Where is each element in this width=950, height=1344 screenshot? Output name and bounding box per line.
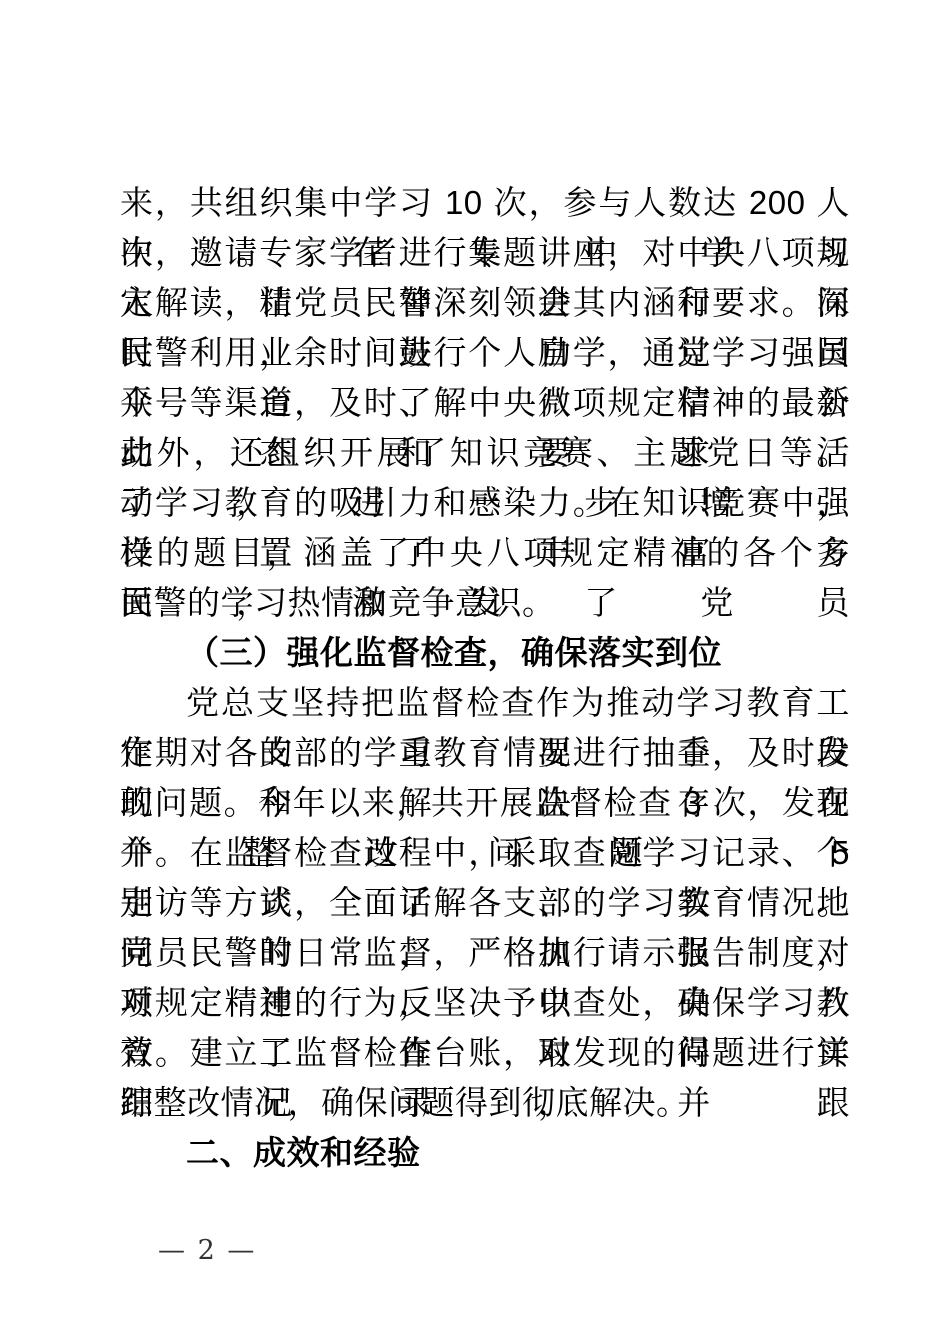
text-line: 项规定精神的行为，坚决予以查处，确保学习教育工作取得实 [120, 978, 850, 1028]
text-line: 效。建立了监督检查台账，对发现的问题进行详细记录，并跟 [120, 1028, 850, 1078]
text-line: 党员民警的日常监督，严格执行请示报告制度，对违反中央八 [120, 928, 850, 978]
text-line: 此外，还组织开展了知识竞赛、主题党日等活动，进一步增强 [120, 428, 850, 478]
paragraph-section-3: 党总支坚持把监督检查作为推动学习教育工作的重要手段 定期对各支部的学习教育情况进… [120, 678, 850, 1128]
text-line: 党总支坚持把监督检查作为推动学习教育工作的重要手段 [120, 678, 850, 728]
text-line: 民警利用业余时间进行个人自学，通过学习强国平台、微信公 [120, 328, 850, 378]
text-line: 的问题。今年以来，共开展监督检查 3 次，发现并整改问题 5 [120, 778, 850, 828]
document-body: 来，共组织集中学习 10 次，参与人数达 200 人次。在集中学习 中，邀请专家… [120, 178, 850, 1178]
text-line: 中，邀请专家学者进行专题讲座，对中央八项规定精神进行深 [120, 228, 850, 278]
text-line: 了学习教育的吸引力和感染力。在知识竞赛中，设置了丰富多 [120, 478, 850, 528]
text-line: 来，共组织集中学习 10 次，参与人数达 200 人次。在集中学习 [120, 178, 850, 228]
section-heading-3: （三）强化监督检查，确保落实到位 [120, 628, 850, 678]
paragraph-continuation: 来，共组织集中学习 10 次，参与人数达 200 人次。在集中学习 中，邀请专家… [120, 178, 850, 628]
text-line: 个。在监督检查过程中，采取查阅学习记录、个别谈话、实地 [120, 828, 850, 878]
text-line: 入解读，让党员民警深刻领会其内涵和要求。同时，鼓励党员 [120, 278, 850, 328]
text-line: 样的题目，涵盖了中央八项规定精神的各个方面，激发了党员 [120, 528, 850, 578]
page-number: — 2 — [158, 1236, 256, 1266]
part-heading-2: 二、成效和经验 [120, 1128, 850, 1178]
text-line: 走访等方式，全面了解各支部的学习教育情况。同时，加强对 [120, 878, 850, 928]
text-line: 定期对各支部的学习教育情况进行抽查，及时发现和解决存在 [120, 728, 850, 778]
text-line: 众号等渠道，及时了解中央八项规定精神的最新动态和要求。 [120, 378, 850, 428]
